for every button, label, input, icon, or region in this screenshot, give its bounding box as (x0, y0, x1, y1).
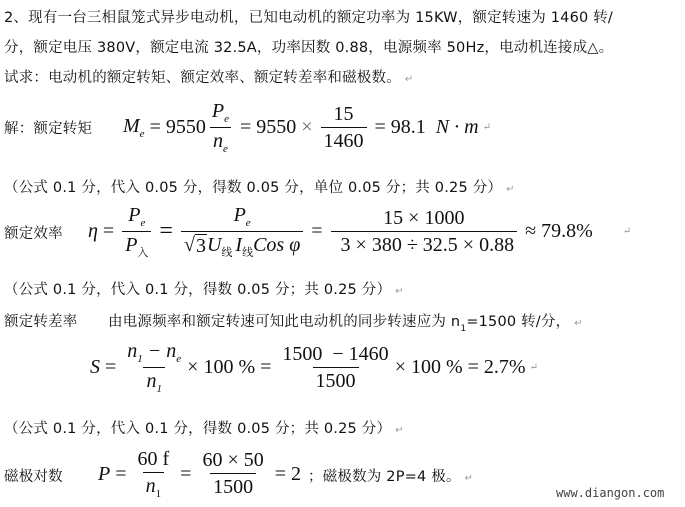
efficiency-scoring: （公式 0.1 分，代入 0.1 分，得数 0.05 分；共 0.25 分）↵ (4, 278, 404, 299)
efficiency-label: 额定效率 (4, 222, 63, 243)
torque-unit: N · m (436, 116, 479, 139)
problem-line-2: 分，额定电压 380V，额定电流 32.5A，功率因数 0.88，电源频率 50… (4, 36, 613, 57)
poles-result: 2 (291, 463, 301, 486)
efficiency-fraction-numeric: 15 × 1000 3 × 380 ÷ 32.5 × 0.88 (331, 207, 518, 257)
slip-scoring: （公式 0.1 分，代入 0.1 分，得数 0.05 分；共 0.25 分）↵ (4, 417, 404, 438)
watermark: www.diangon.com (556, 486, 664, 500)
poles-label: 磁极对数 (4, 465, 63, 486)
torque-constant: 9550 (166, 116, 206, 139)
torque-formula: Me = 9550 Pe ne = 9550 × 15 1460 = 98.1 … (123, 100, 491, 155)
problem-line-1: 2、现有一台三相鼠笼式异步电动机，已知电动机的额定功率为 15KW，额定转速为 … (4, 6, 613, 27)
slip-lhs: S (90, 356, 100, 379)
poles-conclusion: ；磁极数为 2P=4 极。↵ (308, 465, 473, 486)
problem-line-3: 试求：电动机的额定转矩、额定效率、额定转差率和磁极数。↵ (4, 66, 414, 87)
torque-scoring: （公式 0.1 分，代入 0.05 分，得数 0.05 分，单位 0.05 分；… (4, 176, 515, 197)
poles-lhs: P (98, 463, 110, 486)
torque-fraction-symbolic: Pe ne (209, 100, 232, 155)
problem-question: 试求：电动机的额定转矩、额定效率、额定转差率和磁极数。 (4, 70, 401, 86)
poles-formula: P = 60 f n1 = 60 × 50 1500 = 2 (98, 448, 301, 501)
slip-result: 2.7% (484, 356, 526, 379)
efficiency-lhs: η (88, 220, 98, 243)
slip-intro: 由电源频率和额定转速可知此电动机的同步转速应为 n1=1500 转/分，↵ (108, 310, 583, 334)
slip-label: 额定转差率 (4, 310, 78, 331)
paragraph-mark-icon: ↵ (405, 74, 414, 85)
torque-lhs: Me (123, 115, 145, 140)
efficiency-result: 79.8% (541, 220, 593, 243)
torque-result: 98.1 (391, 116, 426, 139)
slip-formula: S = n1 − ne n1 × 100 % = 1500 − 1460 150… (90, 340, 538, 395)
torque-fraction-numeric: 15 1460 (321, 103, 367, 153)
torque-label: 解：额定转矩 (4, 117, 92, 138)
efficiency-formula: η = Pe P入 = Pe √3U线I线Cos φ = 15 × 1000 3… (88, 204, 631, 259)
